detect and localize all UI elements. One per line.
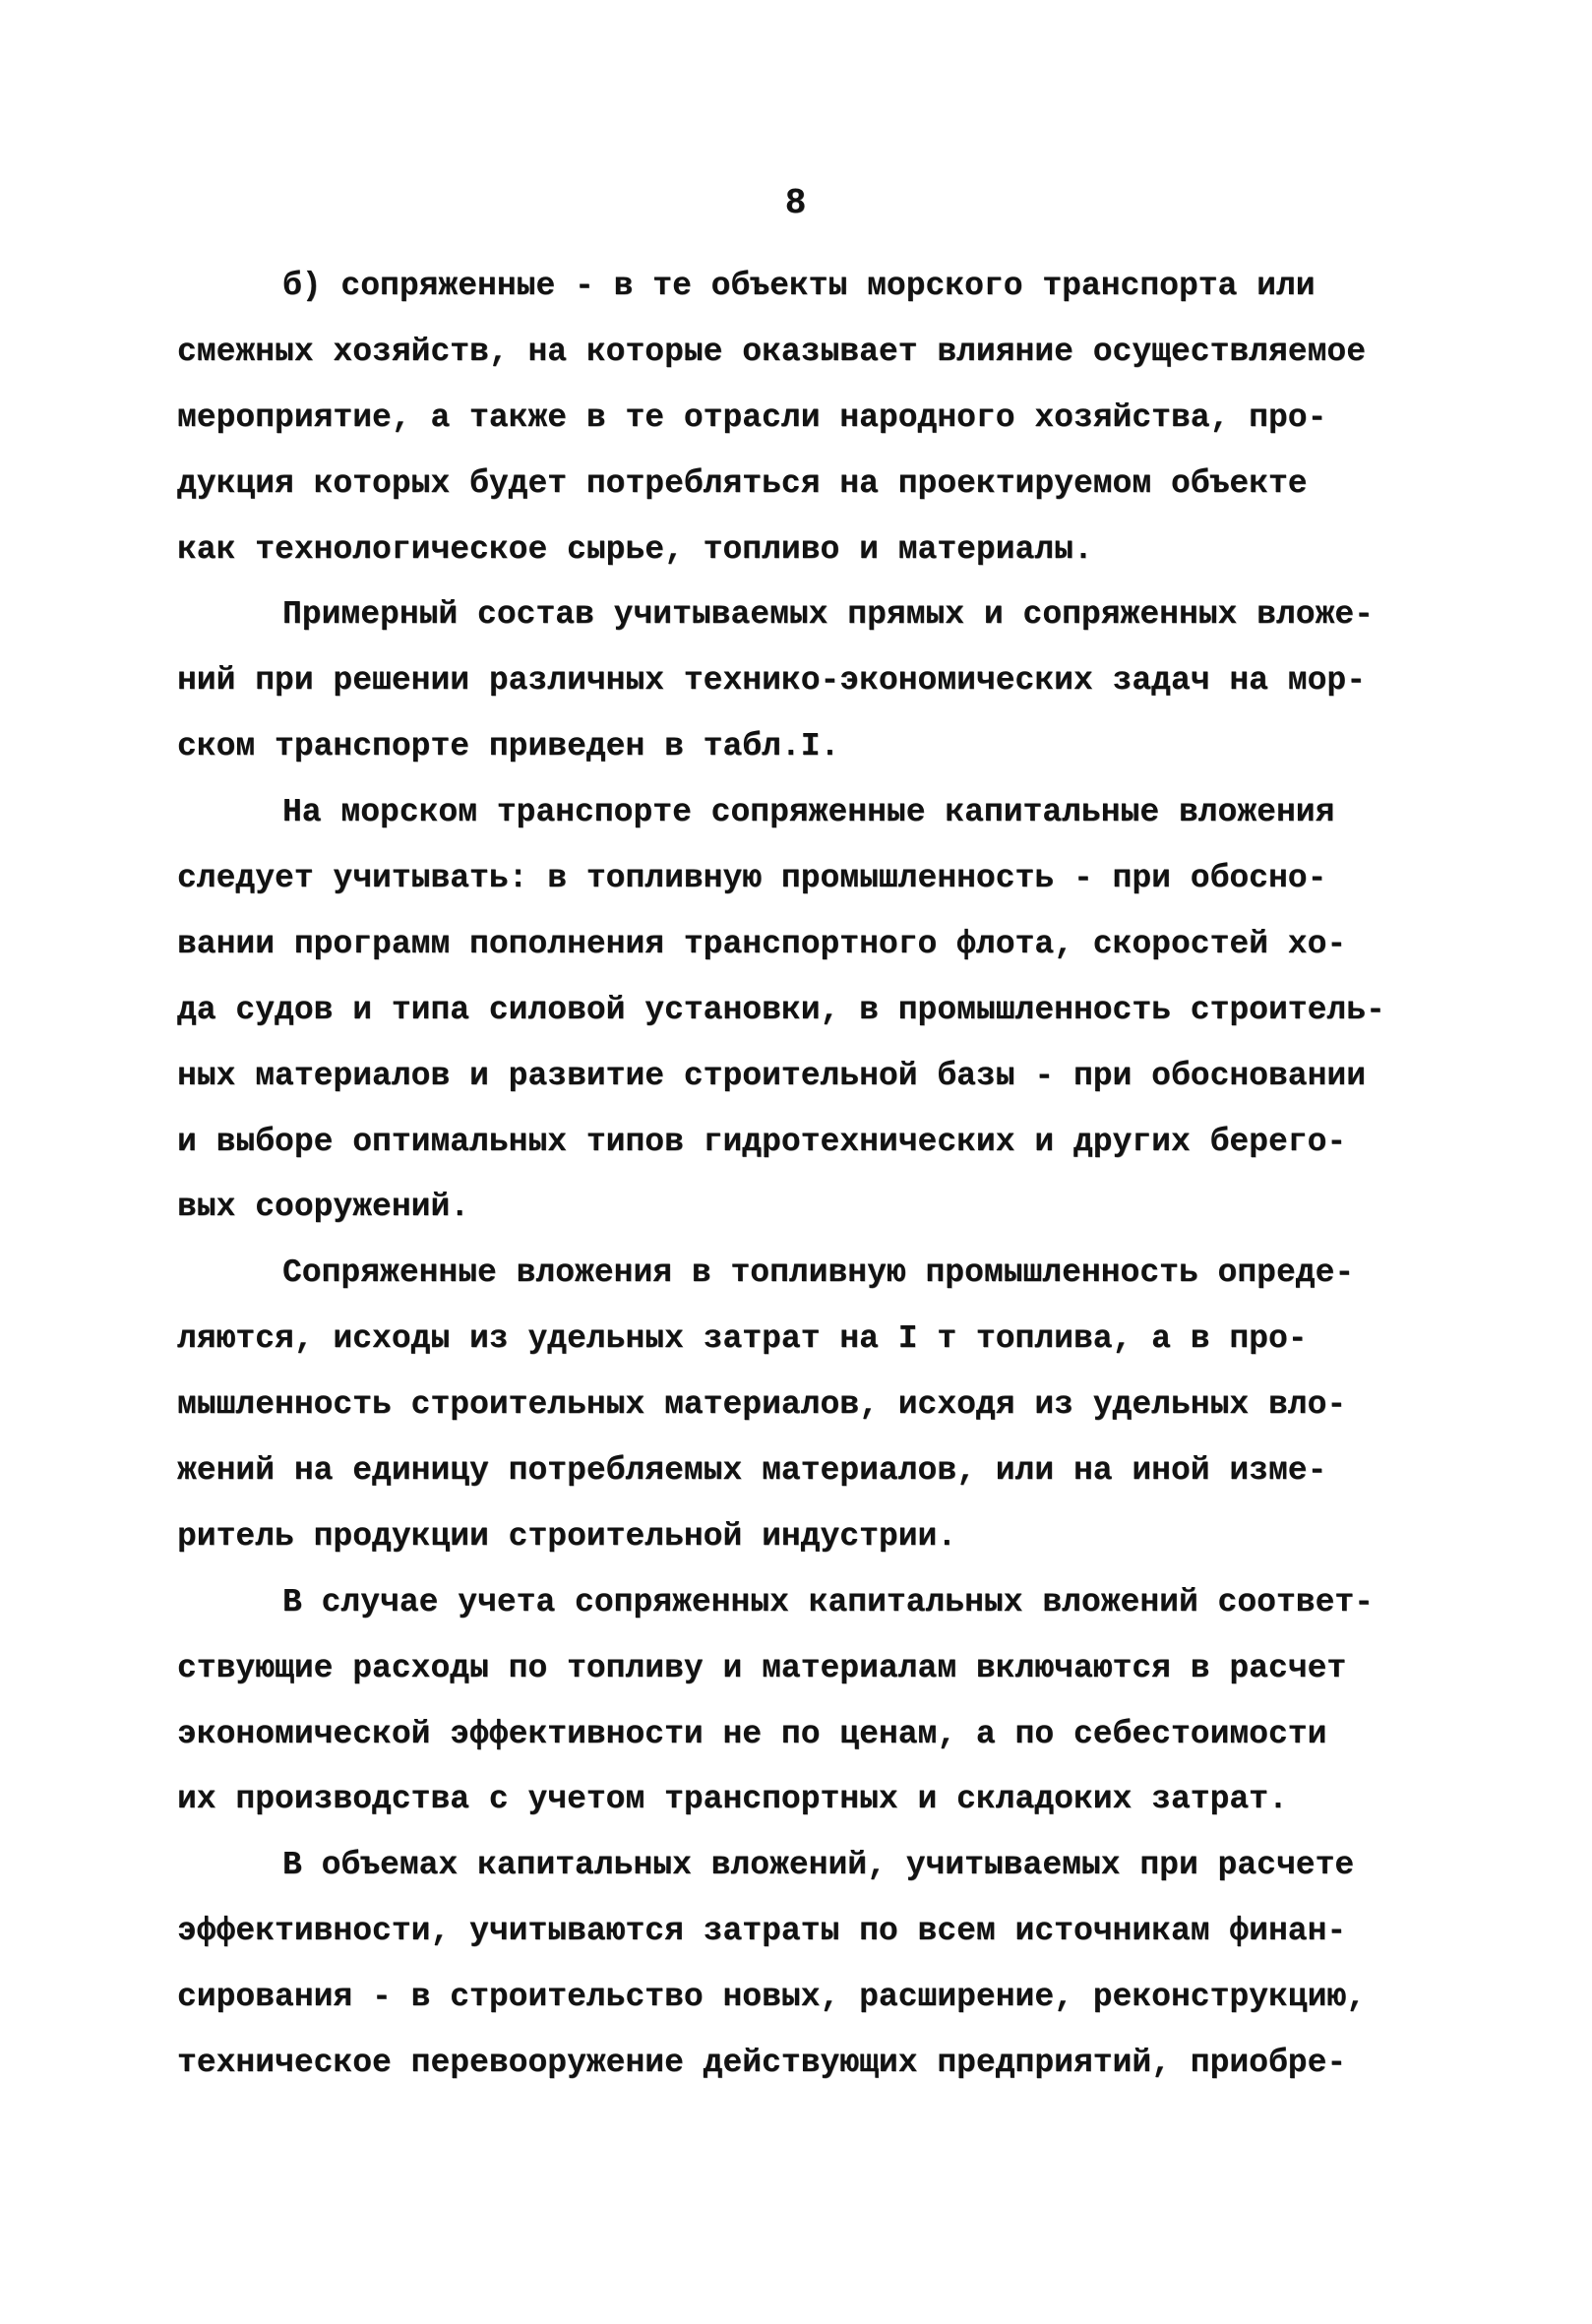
- text-line: ствующие расходы по топливу и материалам…: [177, 1636, 1486, 1702]
- text-line: Сопряженные вложения в топливную промышл…: [177, 1241, 1486, 1307]
- document-page: 8 б) сопряженные - в те объекты морского…: [0, 0, 1592, 2324]
- text-line: и выборе оптимальных типов гидротехничес…: [177, 1110, 1486, 1176]
- text-line: В объемах капитальных вложений, учитывае…: [177, 1833, 1486, 1899]
- text-line: Примерный состав учитываемых прямых и со…: [177, 582, 1486, 648]
- text-line: как технологическое сырье, топливо и мат…: [177, 518, 1486, 583]
- text-line: смежных хозяйств, на которые оказывает в…: [177, 320, 1486, 386]
- text-line: ляются, исходы из удельных затрат на I т…: [177, 1307, 1486, 1373]
- text-line: дукция которых будет потребляться на про…: [177, 452, 1486, 518]
- text-line: жений на единицу потребляемых материалов…: [177, 1438, 1486, 1504]
- text-line: ний при решении различных технико-эконом…: [177, 648, 1486, 714]
- text-line: сирования - в строительство новых, расши…: [177, 1965, 1486, 2031]
- text-line: да судов и типа силовой установки, в про…: [177, 978, 1486, 1044]
- text-line: техническое перевооружение действующих п…: [177, 2031, 1486, 2097]
- body-text: б) сопряженные - в те объекты морского т…: [177, 254, 1486, 2097]
- text-line: вых сооружений.: [177, 1175, 1486, 1241]
- text-line: В случае учета сопряженных капитальных в…: [177, 1570, 1486, 1636]
- text-line: следует учитывать: в топливную промышлен…: [177, 846, 1486, 912]
- text-line: вании программ пополнения транспортного …: [177, 912, 1486, 978]
- text-line: экономической эффективности не по ценам,…: [177, 1702, 1486, 1768]
- text-line: ритель продукции строительной индустрии.: [177, 1504, 1486, 1570]
- text-line: ных материалов и развитие строительной б…: [177, 1044, 1486, 1110]
- text-line: ском транспорте приведен в табл.I.: [177, 714, 1486, 780]
- text-line: мышленность строительных материалов, исх…: [177, 1373, 1486, 1438]
- text-line: б) сопряженные - в те объекты морского т…: [177, 254, 1486, 320]
- text-line: их производства с учетом транспортных и …: [177, 1767, 1486, 1833]
- text-line: На морском транспорте сопряженные капита…: [177, 780, 1486, 846]
- page-number: 8: [0, 183, 1592, 223]
- text-line: эффективности, учитываются затраты по вс…: [177, 1899, 1486, 1965]
- text-line: мероприятие, а также в те отрасли народн…: [177, 386, 1486, 452]
